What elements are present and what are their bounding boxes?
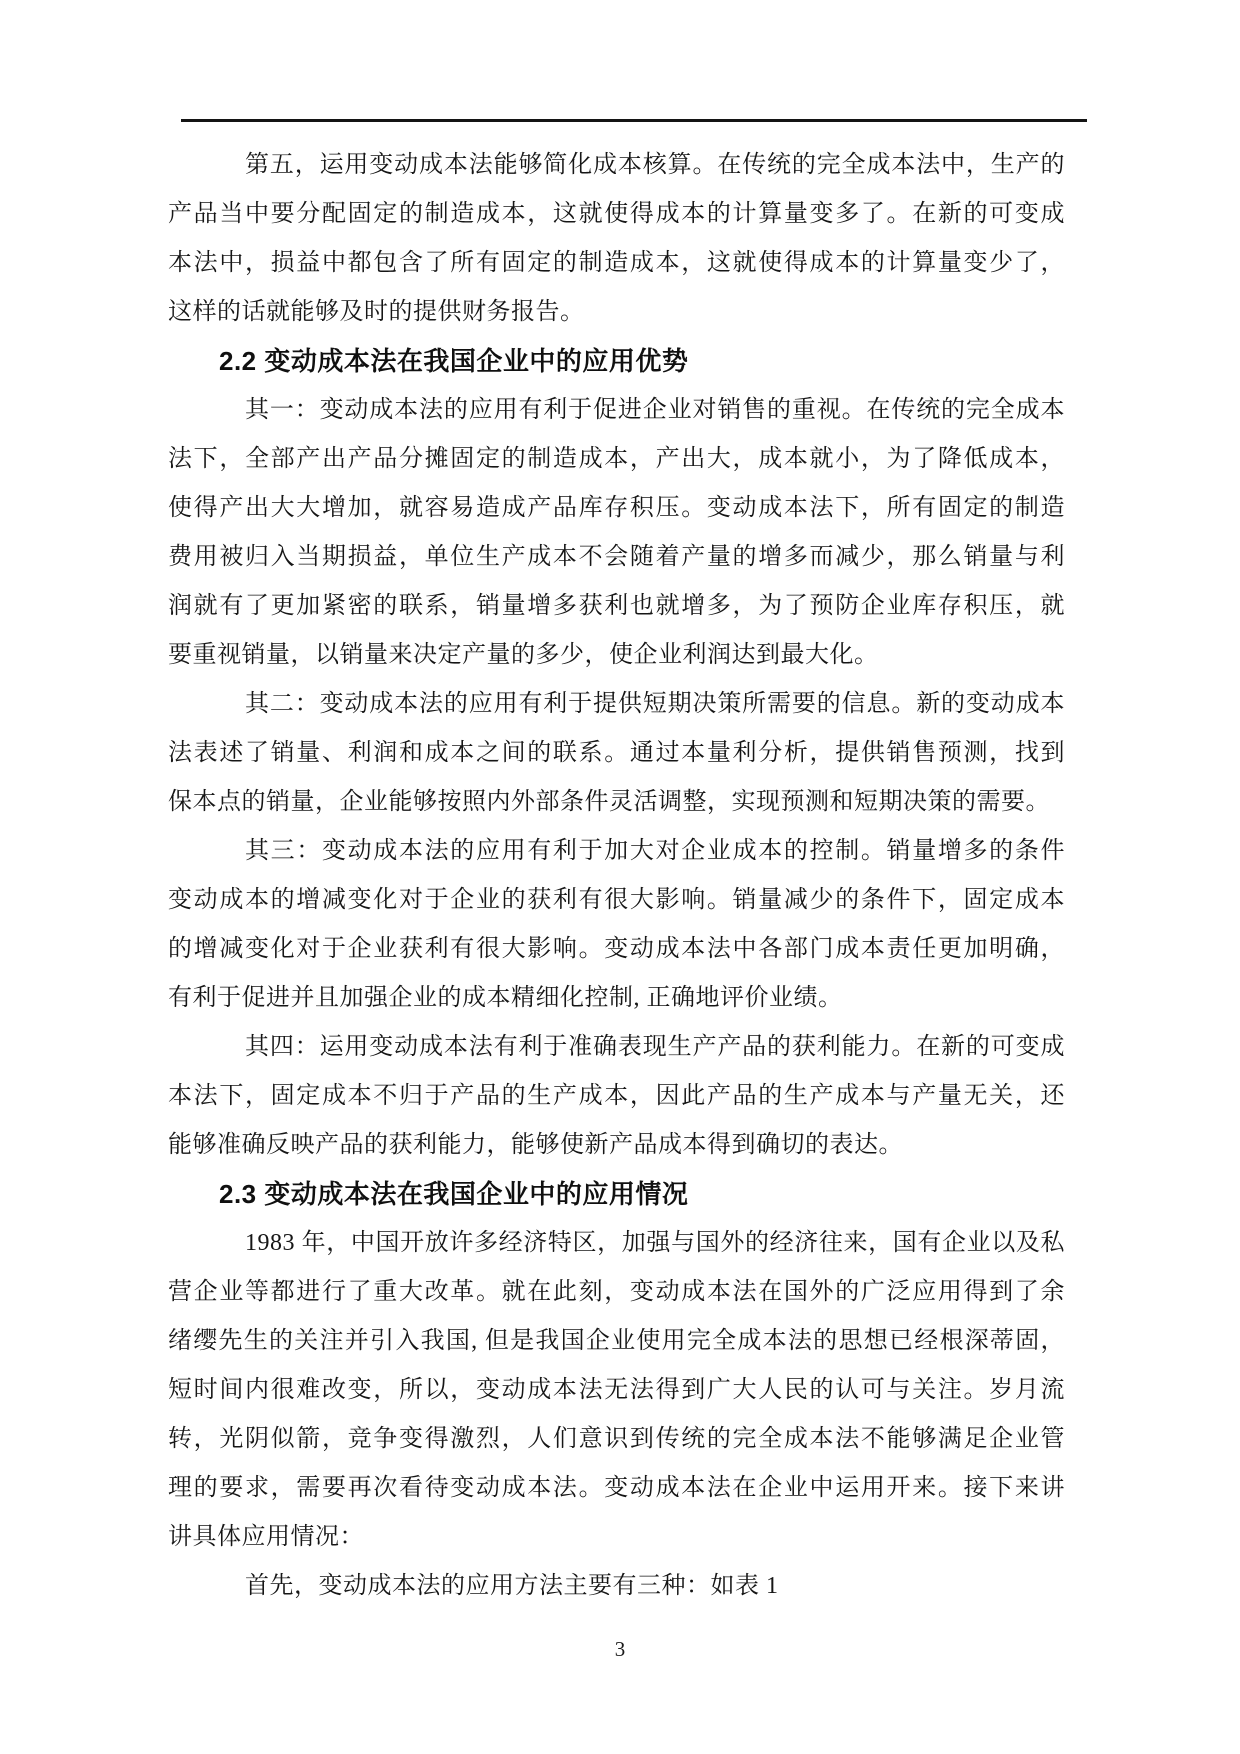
para-application-history-line: 绪缨先生的关注并引入我国, 但是我国企业使用完全成本法的思想已经根深蒂固， bbox=[168, 1317, 1065, 1366]
document-page: 第五，运用变动成本法能够简化成本核算。在传统的完全成本法中，生产的产品当中要分配… bbox=[0, 0, 1240, 1754]
para-advantage-4-line: 本法下，固定成本不归于产品的生产成本，因此产品的生产成本与产量无关，还 bbox=[168, 1072, 1065, 1121]
para-fifth-point-line: 产品当中要分配固定的制造成本，这就使得成本的计算量变多了。在新的可变成 bbox=[168, 190, 1065, 239]
heading-section-2-3: 2.3 变动成本法在我国企业中的应用情况 bbox=[168, 1170, 1065, 1219]
heading-section-2-2: 2.2 变动成本法在我国企业中的应用优势 bbox=[168, 337, 1065, 386]
para-advantage-2-line: 其二：变动成本法的应用有利于提供短期决策所需要的信息。新的变动成本 bbox=[168, 680, 1065, 729]
para-advantage-3-line: 变动成本的增减变化对于企业的获利有很大影响。销量减少的条件下，固定成本 bbox=[168, 876, 1065, 925]
para-fifth-point-line: 这样的话就能够及时的提供财务报告。 bbox=[168, 288, 1065, 337]
para-advantage-4-line: 其四：运用变动成本法有利于准确表现生产产品的获利能力。在新的可变成 bbox=[168, 1023, 1065, 1072]
para-advantage-1-line: 法下，全部产出产品分摊固定的制造成本，产出大，成本就小，为了降低成本， bbox=[168, 435, 1065, 484]
para-advantage-1-line: 费用被归入当期损益，单位生产成本不会随着产量的增多而减少，那么销量与利 bbox=[168, 533, 1065, 582]
para-application-history-line: 营企业等都进行了重大改革。就在此刻，变动成本法在国外的广泛应用得到了余 bbox=[168, 1268, 1065, 1317]
para-advantage-1-line: 润就有了更加紧密的联系，销量增多获利也就增多，为了预防企业库存积压，就 bbox=[168, 582, 1065, 631]
para-advantage-1-line: 其一：变动成本法的应用有利于促进企业对销售的重视。在传统的完全成本 bbox=[168, 386, 1065, 435]
document-body: 第五，运用变动成本法能够简化成本核算。在传统的完全成本法中，生产的产品当中要分配… bbox=[168, 141, 1065, 1611]
para-application-history-line: 转，光阴似箭，竞争变得激烈，人们意识到传统的完全成本法不能够满足企业管 bbox=[168, 1415, 1065, 1464]
para-application-history-line: 理的要求，需要再次看待变动成本法。变动成本法在企业中运用开来。接下来讲 bbox=[168, 1464, 1065, 1513]
para-advantage-1-line: 要重视销量，以销量来决定产量的多少，使企业利润达到最大化。 bbox=[168, 631, 1065, 680]
para-application-history-line: 讲具体应用情况： bbox=[168, 1513, 1065, 1562]
para-advantage-4-line: 能够准确反映产品的获利能力，能够使新产品成本得到确切的表达。 bbox=[168, 1121, 1065, 1170]
para-fifth-point-line: 第五，运用变动成本法能够简化成本核算。在传统的完全成本法中，生产的 bbox=[168, 141, 1065, 190]
header-rule bbox=[181, 119, 1087, 122]
para-advantage-1-line: 使得产出大大增加，就容易造成产品库存积压。变动成本法下，所有固定的制造 bbox=[168, 484, 1065, 533]
para-application-history-line: 短时间内很难改变，所以，变动成本法无法得到广大人民的认可与关注。岁月流 bbox=[168, 1366, 1065, 1415]
para-application-history-line: 1983 年，中国开放许多经济特区，加强与国外的经济往来，国有企业以及私 bbox=[168, 1219, 1065, 1268]
para-fifth-point-line: 本法中，损益中都包含了所有固定的制造成本，这就使得成本的计算量变少了， bbox=[168, 239, 1065, 288]
para-advantage-3-line: 的增减变化对于企业获利有很大影响。变动成本法中各部门成本责任更加明确， bbox=[168, 925, 1065, 974]
para-advantage-3-line: 有利于促进并且加强企业的成本精细化控制, 正确地评价业绩。 bbox=[168, 974, 1065, 1023]
para-methods-intro-line: 首先，变动成本法的应用方法主要有三种：如表 1 bbox=[168, 1562, 1065, 1611]
para-advantage-2-line: 法表述了销量、利润和成本之间的联系。通过本量利分析，提供销售预测，找到 bbox=[168, 729, 1065, 778]
page-number: 3 bbox=[0, 1634, 1240, 1664]
para-advantage-2-line: 保本点的销量，企业能够按照内外部条件灵活调整，实现预测和短期决策的需要。 bbox=[168, 778, 1065, 827]
para-advantage-3-line: 其三：变动成本法的应用有利于加大对企业成本的控制。销量增多的条件下， bbox=[168, 827, 1065, 876]
